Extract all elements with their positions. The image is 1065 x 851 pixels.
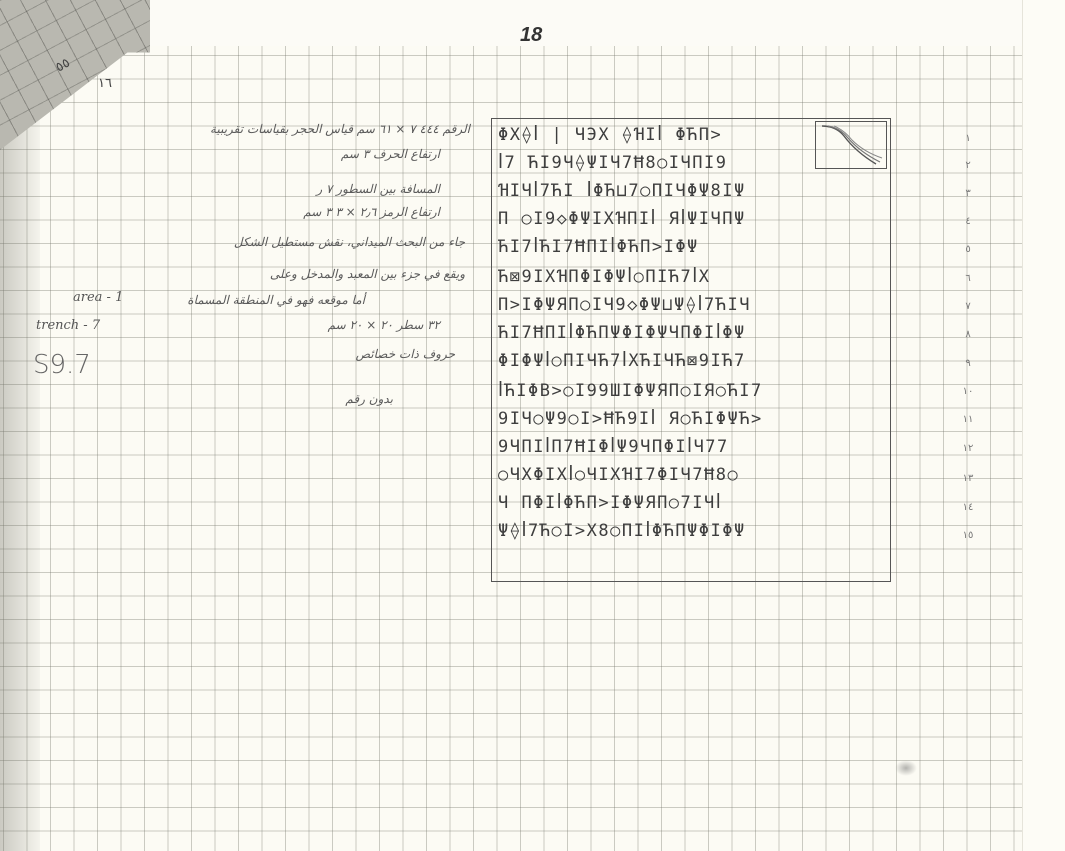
inscription-line-10: ꟾЋIΦB>○I99ШIΦΨЯΠ○IЯ○ЋI7 xyxy=(498,381,886,407)
line-number-9: ٩ xyxy=(958,358,978,369)
inscription-line-15: Ψ⟠ꟾ7Ћ○I>X8○ΠIꟾΦЋΠΨΦIΦΨ xyxy=(498,521,886,547)
line-number-8: ٨ xyxy=(958,329,978,340)
note-line-7: أما موقعه فهو في المنطقة المسماة xyxy=(187,293,365,307)
line-number-11: ١١ xyxy=(958,414,978,425)
line-number-2: ٢ xyxy=(958,160,978,171)
note-line-1: الرقم ٤٤٤ ٧ × ٦١ سم قياس الحجر بقياسات ت… xyxy=(210,122,470,136)
line-number-4: ٤ xyxy=(958,216,978,227)
note-line-4: ارتفاع الرمز ٢٫٦ × ٣ ٣ سم xyxy=(303,205,440,219)
inscription-line-13: ○ЧXΦIXꟾ○ЧIXꞪI7ΦIЧ7Ħ8○ xyxy=(498,465,886,491)
broken-stone-icon xyxy=(816,122,886,168)
corner-label-2: ١٦ xyxy=(98,76,112,91)
inscription-line-9: ΦIΦΨꟾ○ΠIЧЋ7ꟾXЋIЧЋ⊠9IЋ7 xyxy=(498,351,886,377)
inscription-line-12: 9ЧΠIꟾΠ7ĦIΦꟾΨ9ЧΠΦIꟾЧ77 xyxy=(498,437,886,463)
trench-label: trench - 7 xyxy=(36,318,100,333)
note-line-9: حروف ذات خصائص xyxy=(356,347,455,361)
line-number-15: ١٥ xyxy=(958,530,978,541)
note-line-8: ٣٢ سطر ٢٠ × ٢٠ سم xyxy=(328,318,440,332)
inscription-line-11: 9IЧ○Ψ9○I>ĦЋ9Iꟾ Я○ЋIΦΨЋ> xyxy=(498,409,886,435)
line-number-6: ٦ xyxy=(958,273,978,284)
note-line-2: ارتفاع الحرف ٣ سم xyxy=(341,147,440,161)
inscription-line-3: ꞪIЧꟾ7ЋI ꟾΦЋ⊔7○ΠIЧΦΨ8IΨ xyxy=(498,181,886,207)
line-number-13: ١٣ xyxy=(958,473,978,484)
line-number-3: ٣ xyxy=(958,188,978,199)
note-line-10: بدون رقم xyxy=(345,392,393,406)
inscription-line-1: ΦX⟠ꟾ | ЧЭX ⟠ꞪIꟾ ΦЋΠ> xyxy=(498,125,810,151)
note-line-3: المسافة بين السطور ٧ ر xyxy=(316,182,440,196)
catalog-number: S9.7 xyxy=(33,350,91,380)
line-number-14: ١٤ xyxy=(958,502,978,513)
note-line-5: جاء من البحث الميداني، نقش مستطيل الشكل xyxy=(234,235,465,249)
page-edge xyxy=(1022,0,1065,851)
inscription-line-14: Ч ΠΦIꟾΦЋΠ>IΦΨЯΠ○7IЧꟾ xyxy=(498,493,886,519)
page-number: 18 xyxy=(520,24,542,47)
line-number-10: ١٠ xyxy=(958,386,978,397)
line-number-7: ٧ xyxy=(958,301,978,312)
line-number-12: ١٢ xyxy=(958,443,978,454)
inscription-line-2: ꟾ7 ЋI9Ч⟠ΨIЧ7Ħ8○IЧΠI9 xyxy=(498,153,810,179)
damaged-corner-drawing xyxy=(815,121,887,169)
note-line-6: ويقع في جزء بين المعبد والمدخل وعلى xyxy=(270,267,465,281)
inscription-line-4: Π ○I9◇ΦΨIXꞪΠIꟾ ЯꟾΨIЧΠΨ xyxy=(498,209,886,235)
line-number-5: ٥ xyxy=(958,244,978,255)
ink-smudge xyxy=(895,760,917,776)
inscription-line-8: ЋI7ĦΠIꟾΦЋΠΨΦIΦΨЧΠΦIꟾΦΨ xyxy=(498,323,886,349)
inscription-line-7: Π>IΦΨЯΠ○IЧ9◇ΦΨ⊔Ψ⟠ꟾ7ЋIЧ xyxy=(498,295,886,321)
inscription-transcription: ΦX⟠ꟾ | ЧЭX ⟠ꞪIꟾ ΦЋΠ> ꟾ7 ЋI9Ч⟠ΨIЧ7Ħ8○IЧΠI… xyxy=(491,118,891,582)
top-margin xyxy=(150,0,1022,46)
inscription-line-6: Ћ⊠9IXꞪΠΦIΦΨꟾ○ΠIЋ7ꟾX xyxy=(498,267,886,293)
inscription-line-5: ЋI7ꟾЋI7ĦΠIꟾΦЋΠ>IΦΨ xyxy=(498,237,886,263)
line-number-1: ١ xyxy=(958,133,978,144)
area-label: area - 1 xyxy=(73,290,123,305)
